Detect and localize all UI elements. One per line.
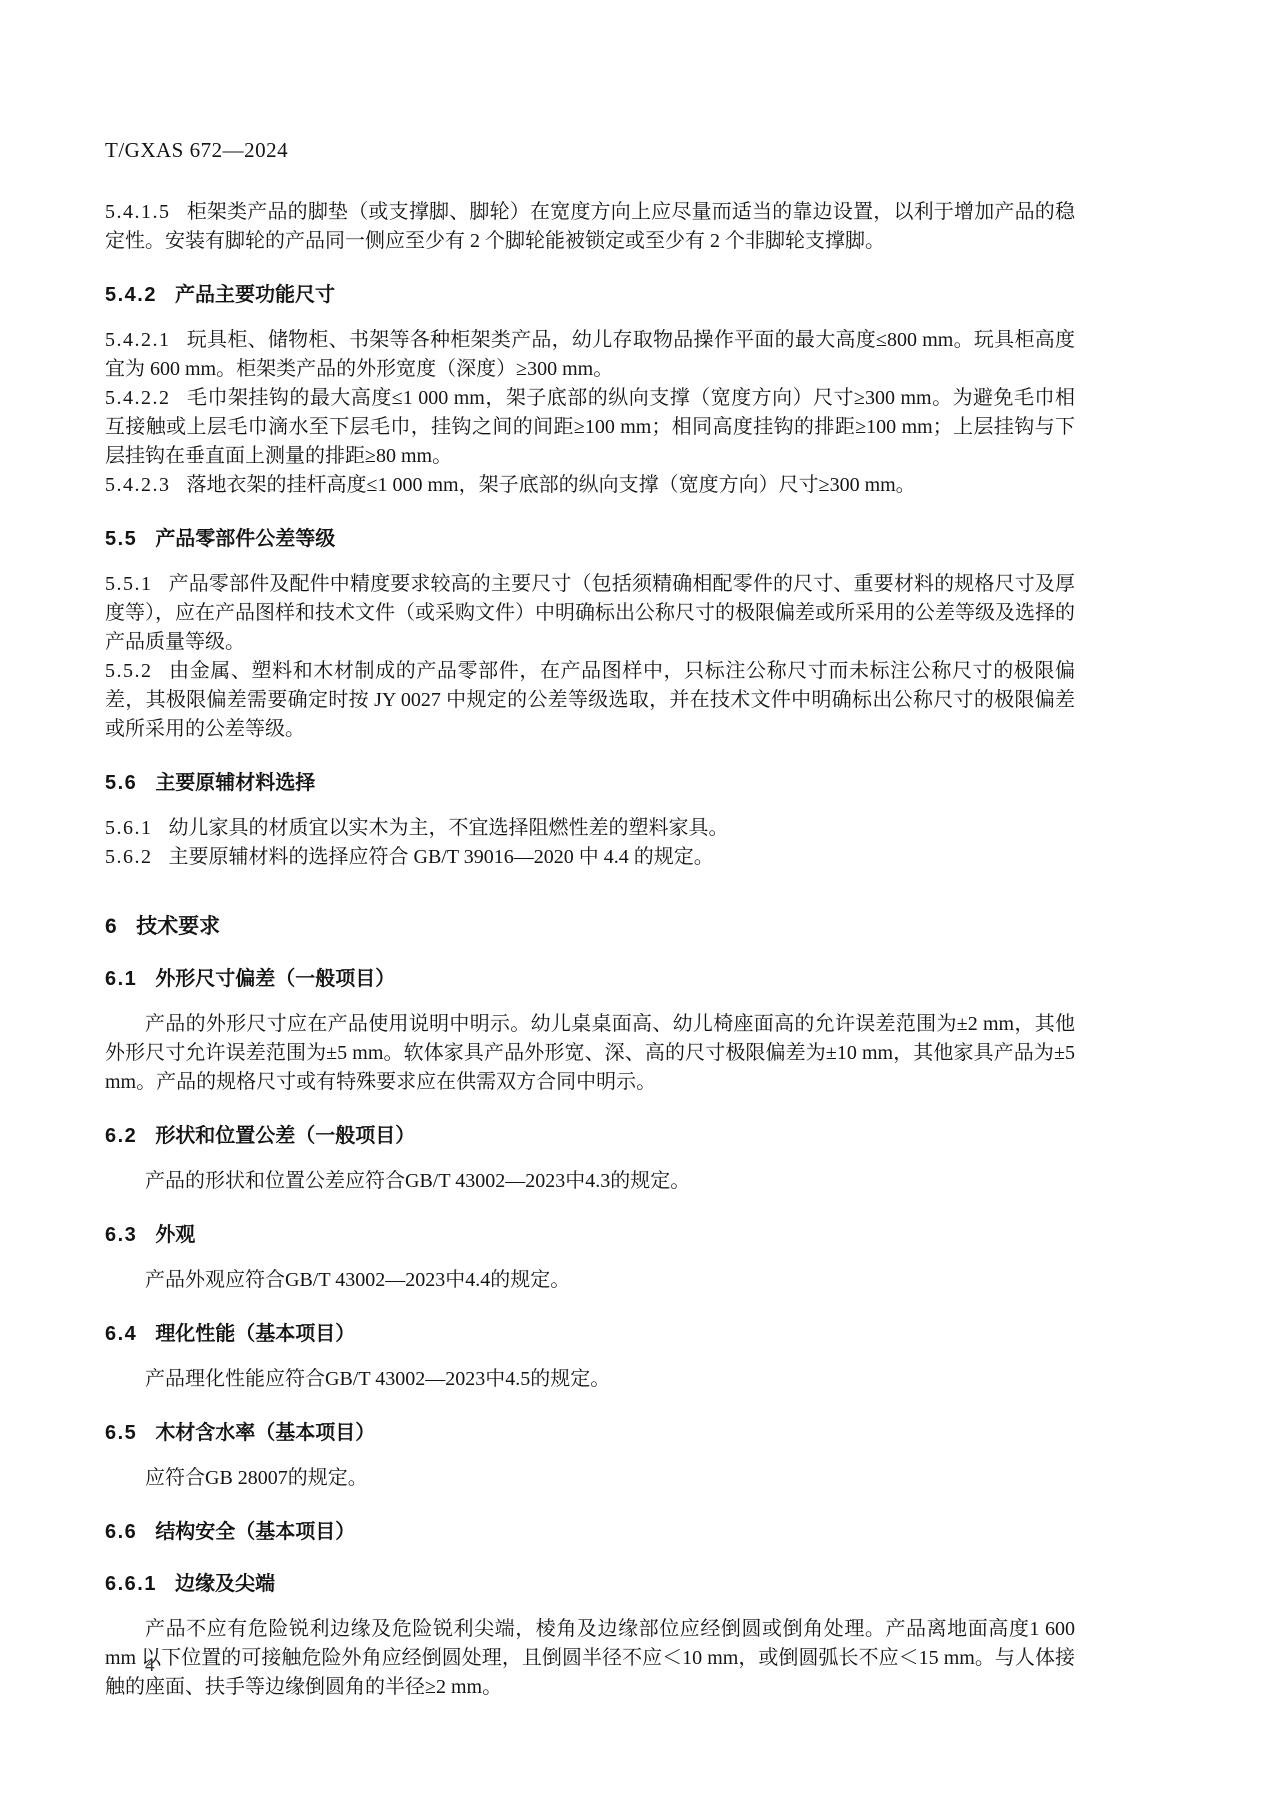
- heading-number: 6.2: [105, 1125, 137, 1147]
- clause-number: 5.5.2: [105, 660, 153, 682]
- clause-number: 5.4.2.2: [105, 387, 171, 409]
- heading-number: 6.6.1: [105, 1573, 157, 1595]
- paragraph-6-4: 产品理化性能应符合GB/T 43002—2023中4.5的规定。: [105, 1365, 1075, 1394]
- heading-number: 6.5: [105, 1422, 137, 1444]
- heading-number: 6.4: [105, 1323, 137, 1345]
- clause-5-5-2: 5.5.2由金属、塑料和木材制成的产品零部件，在产品图样中，只标注公称尺寸而未标…: [105, 657, 1075, 744]
- clause-text: 幼儿家具的材质宜以实木为主，不宜选择阻燃性差的塑料家具。: [169, 817, 729, 839]
- document-code: T/GXAS 672—2024: [105, 138, 1075, 162]
- clause-text: 产品零部件及配件中精度要求较高的主要尺寸（包括须精确相配零件的尺寸、重要材料的规…: [105, 573, 1075, 653]
- heading-5-5: 5.5产品零部件公差等级: [105, 526, 1075, 552]
- clause-5-6-1: 5.6.1幼儿家具的材质宜以实木为主，不宜选择阻燃性差的塑料家具。: [105, 814, 1075, 843]
- page-number: 4: [145, 1655, 155, 1677]
- chapter-text: 技术要求: [136, 915, 220, 938]
- heading-text: 理化性能（基本项目）: [155, 1323, 355, 1345]
- clause-5-4-1-5: 5.4.1.5柜架类产品的脚垫（或支撑脚、脚轮）在宽度方向上应尽量而适当的靠边设…: [105, 198, 1075, 256]
- heading-5-6: 5.6主要原辅材料选择: [105, 770, 1075, 796]
- heading-number: 5.5: [105, 528, 137, 550]
- heading-6-6: 6.6结构安全（基本项目）: [105, 1519, 1075, 1545]
- standard-document-page: T/GXAS 672—2024 5.4.1.5柜架类产品的脚垫（或支撑脚、脚轮）…: [0, 0, 1280, 1810]
- clause-text: 落地衣架的挂杆高度≤1 000 mm，架子底部的纵向支撑（宽度方向）尺寸≥300…: [187, 474, 916, 496]
- heading-number: 5.4.2: [105, 284, 157, 306]
- heading-text: 结构安全（基本项目）: [155, 1521, 355, 1543]
- heading-number: 5.6: [105, 772, 137, 794]
- clause-text: 玩具柜、储物柜、书架等各种柜架类产品，幼儿存取物品操作平面的最大高度≤800 m…: [105, 329, 1075, 380]
- heading-6-4: 6.4理化性能（基本项目）: [105, 1321, 1075, 1347]
- clause-number: 5.4.1.5: [105, 201, 171, 223]
- heading-number: 6.1: [105, 968, 137, 990]
- clause-number: 5.6.2: [105, 846, 153, 868]
- clause-5-4-2-1: 5.4.2.1玩具柜、储物柜、书架等各种柜架类产品，幼儿存取物品操作平面的最大高…: [105, 326, 1075, 384]
- heading-6-1: 6.1外形尺寸偏差（一般项目）: [105, 966, 1075, 992]
- heading-6-3: 6.3外观: [105, 1222, 1075, 1248]
- heading-text: 产品主要功能尺寸: [175, 284, 335, 306]
- clause-text: 主要原辅材料的选择应符合 GB/T 39016—2020 中 4.4 的规定。: [169, 846, 714, 868]
- heading-text: 边缘及尖端: [175, 1573, 275, 1595]
- heading-text: 主要原辅材料选择: [155, 772, 315, 794]
- clause-number: 5.4.2.1: [105, 329, 171, 351]
- heading-text: 木材含水率（基本项目）: [155, 1422, 375, 1444]
- clause-number: 5.5.1: [105, 573, 153, 595]
- heading-6-5: 6.5木材含水率（基本项目）: [105, 1420, 1075, 1446]
- paragraph-6-1: 产品的外形尺寸应在产品使用说明中明示。幼儿桌桌面高、幼儿椅座面高的允许误差范围为…: [105, 1010, 1075, 1097]
- clause-text: 柜架类产品的脚垫（或支撑脚、脚轮）在宽度方向上应尽量而适当的靠边设置，以利于增加…: [105, 201, 1075, 252]
- heading-6-6-1: 6.6.1边缘及尖端: [105, 1571, 1075, 1597]
- heading-text: 外观: [155, 1224, 195, 1246]
- heading-text: 产品零部件公差等级: [155, 528, 335, 550]
- clause-5-5-1: 5.5.1产品零部件及配件中精度要求较高的主要尺寸（包括须精确相配零件的尺寸、重…: [105, 570, 1075, 657]
- heading-text: 形状和位置公差（一般项目）: [155, 1125, 415, 1147]
- paragraph-6-5: 应符合GB 28007的规定。: [105, 1464, 1075, 1493]
- heading-5-4-2: 5.4.2产品主要功能尺寸: [105, 282, 1075, 308]
- clause-text: 毛巾架挂钩的最大高度≤1 000 mm，架子底部的纵向支撑（宽度方向）尺寸≥30…: [105, 387, 1075, 467]
- heading-text: 外形尺寸偏差（一般项目）: [155, 968, 395, 990]
- heading-number: 6.3: [105, 1224, 137, 1246]
- clause-5-6-2: 5.6.2主要原辅材料的选择应符合 GB/T 39016—2020 中 4.4 …: [105, 843, 1075, 872]
- clause-text: 由金属、塑料和木材制成的产品零部件，在产品图样中，只标注公称尺寸而未标注公称尺寸…: [105, 660, 1075, 740]
- clause-number: 5.4.2.3: [105, 474, 171, 496]
- clause-number: 5.6.1: [105, 817, 153, 839]
- paragraph-6-6-1: 产品不应有危险锐利边缘及危险锐利尖端，棱角及边缘部位应经倒圆或倒角处理。产品离地…: [105, 1615, 1075, 1702]
- chapter-6: 6技术要求: [105, 914, 1075, 940]
- clause-5-4-2-2: 5.4.2.2毛巾架挂钩的最大高度≤1 000 mm，架子底部的纵向支撑（宽度方…: [105, 384, 1075, 471]
- chapter-number: 6: [105, 915, 118, 938]
- heading-number: 6.6: [105, 1521, 137, 1543]
- heading-6-2: 6.2形状和位置公差（一般项目）: [105, 1123, 1075, 1149]
- paragraph-6-3: 产品外观应符合GB/T 43002—2023中4.4的规定。: [105, 1266, 1075, 1295]
- paragraph-6-2: 产品的形状和位置公差应符合GB/T 43002—2023中4.3的规定。: [105, 1167, 1075, 1196]
- clause-5-4-2-3: 5.4.2.3落地衣架的挂杆高度≤1 000 mm，架子底部的纵向支撑（宽度方向…: [105, 471, 1075, 500]
